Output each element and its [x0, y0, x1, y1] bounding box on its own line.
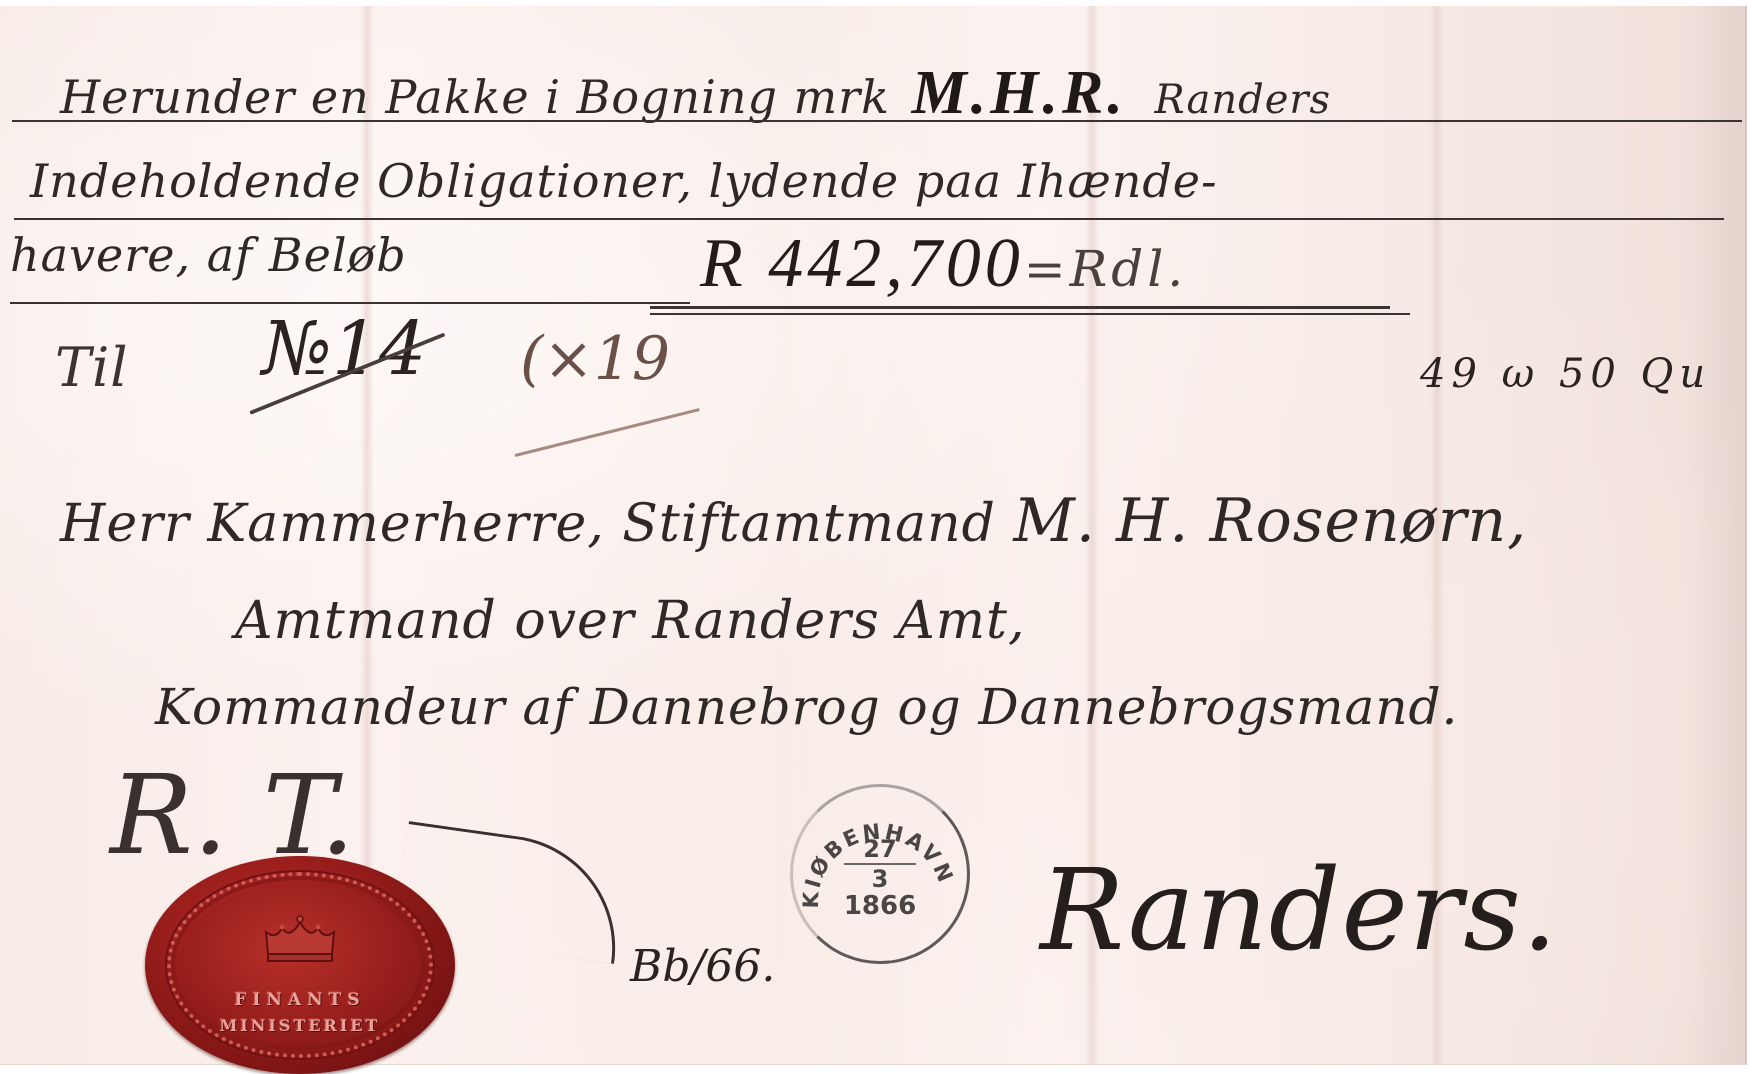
amount-underline [650, 306, 1390, 309]
paper-edge-shadow [1685, 6, 1745, 1064]
package-mark-initials: M.H.R. [912, 59, 1127, 127]
amount-unit: =Rdl. [1024, 240, 1187, 298]
amount-prefix: R [700, 225, 747, 302]
header-line-2: Indeholdende Obligationer, lydende paa I… [30, 154, 1218, 208]
weight-note: 49 ω 50 Qu [1420, 351, 1711, 397]
reference-flourish [515, 408, 700, 457]
address-line-2: Amtmand over Randers Amt, [235, 591, 1025, 651]
address-line-1: Herr Kammerherre, Stiftamtmand M. H. Ros… [60, 486, 1527, 556]
postmark-day: 27 [844, 835, 916, 865]
document-sheet: Herunder en Pakke i Bogning mrk M.H.R. R… [0, 6, 1747, 1065]
ruled-line [10, 302, 690, 304]
amount-value: 442,700 [768, 225, 1024, 302]
ruled-line [12, 120, 1742, 122]
crown-icon [262, 914, 338, 964]
postmark-stamp: KIØBENHAVN 27 3 1866 [790, 784, 970, 964]
amount-underline [650, 313, 1410, 315]
postmark-year: 1866 [844, 891, 916, 921]
reference-mark: (×19 [520, 324, 670, 394]
postmark-month: 3 [844, 865, 916, 893]
destination-town: Randers. [1040, 846, 1558, 976]
wax-seal: FINANTS MINISTERIET [145, 856, 455, 1068]
postmark-date: 27 3 1866 [844, 835, 916, 921]
journal-number: Bb/66. [630, 941, 775, 992]
seal-text-line-2: MINISTERIET [179, 1016, 421, 1035]
seal-text-line-1: FINANTS [179, 990, 421, 1010]
header-line-3: havere, af Beløb [10, 228, 407, 282]
declared-amount: R 442,700=Rdl. [700, 224, 1187, 304]
package-mark-town: Randers [1155, 77, 1332, 123]
header-line-1: Herunder en Pakke i Bogning mrk M.H.R. R… [60, 58, 1331, 129]
ruled-line [14, 218, 1724, 220]
addressee-title: Herr Kammerherre, Stiftamtmand [60, 494, 996, 554]
til-label: Til [55, 336, 129, 399]
header-line-1-text: Herunder en Pakke i Bogning mrk [60, 70, 890, 124]
addressee-name: M. H. Rosenørn, [1013, 486, 1527, 556]
seal-face: FINANTS MINISTERIET [179, 884, 421, 1046]
address-line-3: Kommandeur af Dannebrog og Dannebrogsman… [155, 678, 1458, 736]
